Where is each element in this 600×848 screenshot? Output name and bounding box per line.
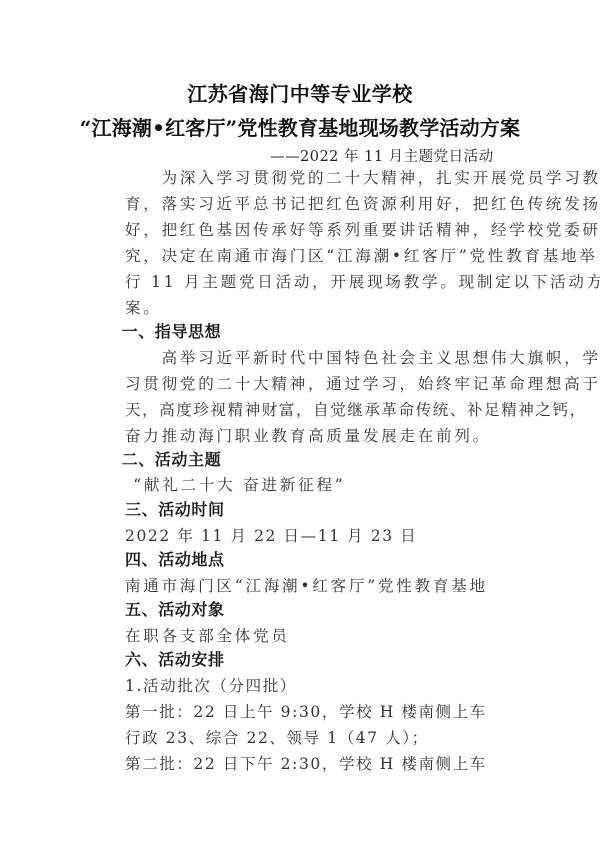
section-line: 天，高度珍视精神财富，自觉继承革命传统、补足精神之钙， bbox=[125, 400, 587, 420]
intro-line: 育，落实习近平总书记把红色资源利用好，把红色传统发扬 bbox=[125, 194, 600, 214]
section-line: 南通市海门区“江海潮•红客厅”党性教育基地 bbox=[125, 576, 488, 596]
document-subtitle: ——2022 年 11 月主题党日活动 bbox=[270, 145, 494, 166]
document-title-plan: “江海潮•红客厅”党性教育基地现场教学活动方案 bbox=[0, 112, 600, 141]
intro-line: 行 11 月主题党日活动，开展现场教学。现制定以下活动方 bbox=[125, 272, 600, 292]
section-heading-arrangement: 六、活动安排 bbox=[125, 650, 225, 670]
section-heading-time: 三、活动时间 bbox=[125, 500, 225, 520]
section-heading-participants: 五、活动对象 bbox=[125, 600, 225, 620]
section-line: 2022 年 11 月 22 日—11 月 23 日 bbox=[125, 526, 417, 546]
document-page: 江苏省海门中等专业学校 “江海潮•红客厅”党性教育基地现场教学活动方案 ——20… bbox=[0, 0, 600, 848]
section-heading-location: 四、活动地点 bbox=[125, 550, 225, 570]
section-line: 第一批：22 日上午 9:30，学校 H 楼南侧上车 bbox=[125, 702, 487, 722]
section-line: 奋力推动海门职业教育高质量发展走在前列。 bbox=[125, 426, 491, 446]
section-heading-theme: 二、活动主题 bbox=[105, 450, 221, 470]
intro-line: 究，决定在南通市海门区“江海潮•红客厅”党性教育基地举 bbox=[125, 246, 598, 266]
section-line: 第二批：22 日下午 2:30，学校 H 楼南侧上车 bbox=[125, 754, 487, 774]
section-heading-guiding-thought: 一、指导思想 bbox=[105, 322, 221, 342]
section-line: “献礼二十大 奋进新征程” bbox=[115, 475, 345, 495]
intro-line: 好，把红色基因传承好等系列重要讲话精神，经学校党委研 bbox=[125, 220, 600, 240]
section-line: 行政 23、综合 22、领导 1（47 人）； bbox=[125, 728, 429, 748]
section-line: 1.活动批次（分四批） bbox=[125, 676, 297, 696]
section-line: 习贯彻党的二十大精神，通过学习，始终牢记革命理想高于 bbox=[125, 374, 600, 394]
intro-line: 案。 bbox=[125, 298, 162, 318]
section-line: 在职各支部全体党员 bbox=[125, 626, 290, 646]
section-line: 高举习近平新时代中国特色社会主义思想伟大旗帜，学 bbox=[125, 348, 600, 368]
intro-line: 为深入学习贯彻党的二十大精神，扎实开展党员学习教 bbox=[125, 168, 600, 188]
document-title-school: 江苏省海门中等专业学校 bbox=[0, 78, 600, 107]
